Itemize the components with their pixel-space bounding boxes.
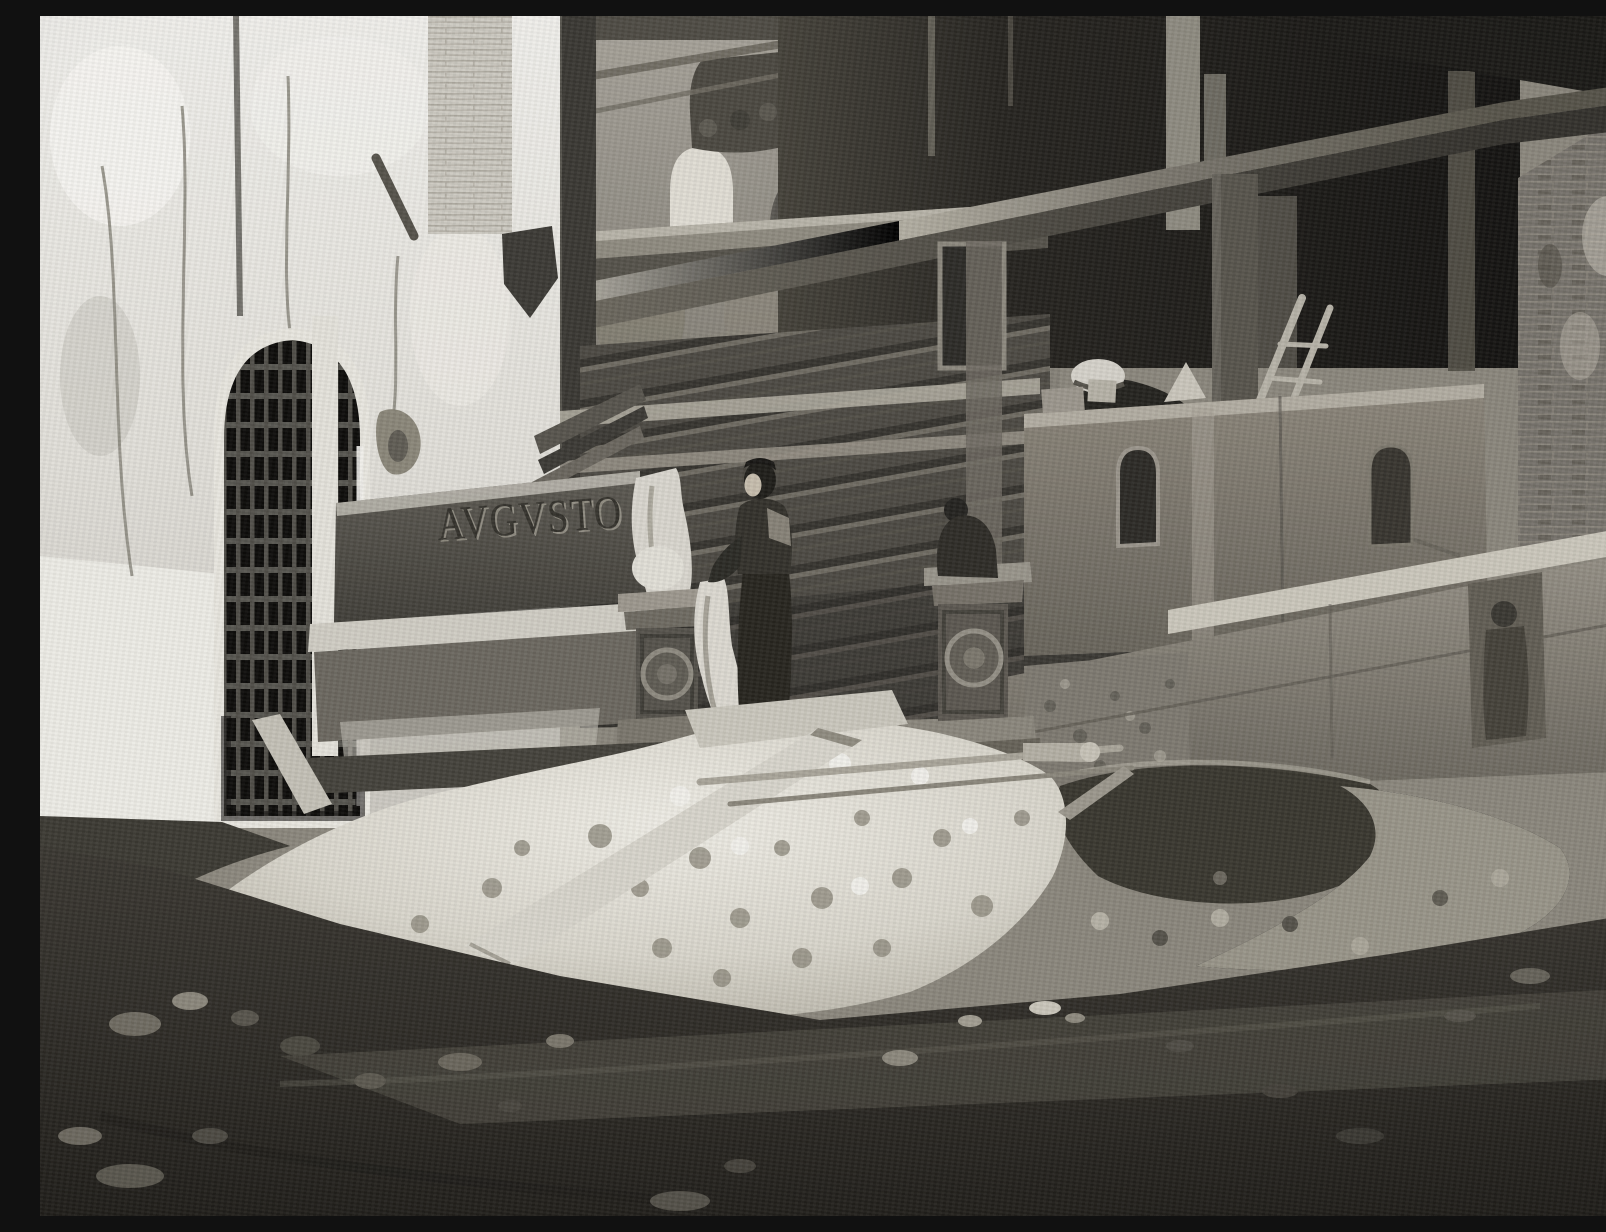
scene: AVGVSTO AVGVSTO (40, 16, 1606, 1216)
corinthian-capital (690, 52, 786, 153)
brick-pier (1518, 100, 1606, 564)
rosette-right (947, 631, 1001, 685)
worker-face (745, 474, 762, 497)
rosette-left (643, 650, 691, 698)
brick-patch (428, 16, 512, 234)
parapet-niche-left (1118, 448, 1158, 546)
photograph: AVGVSTO AVGVSTO (40, 16, 1606, 1216)
